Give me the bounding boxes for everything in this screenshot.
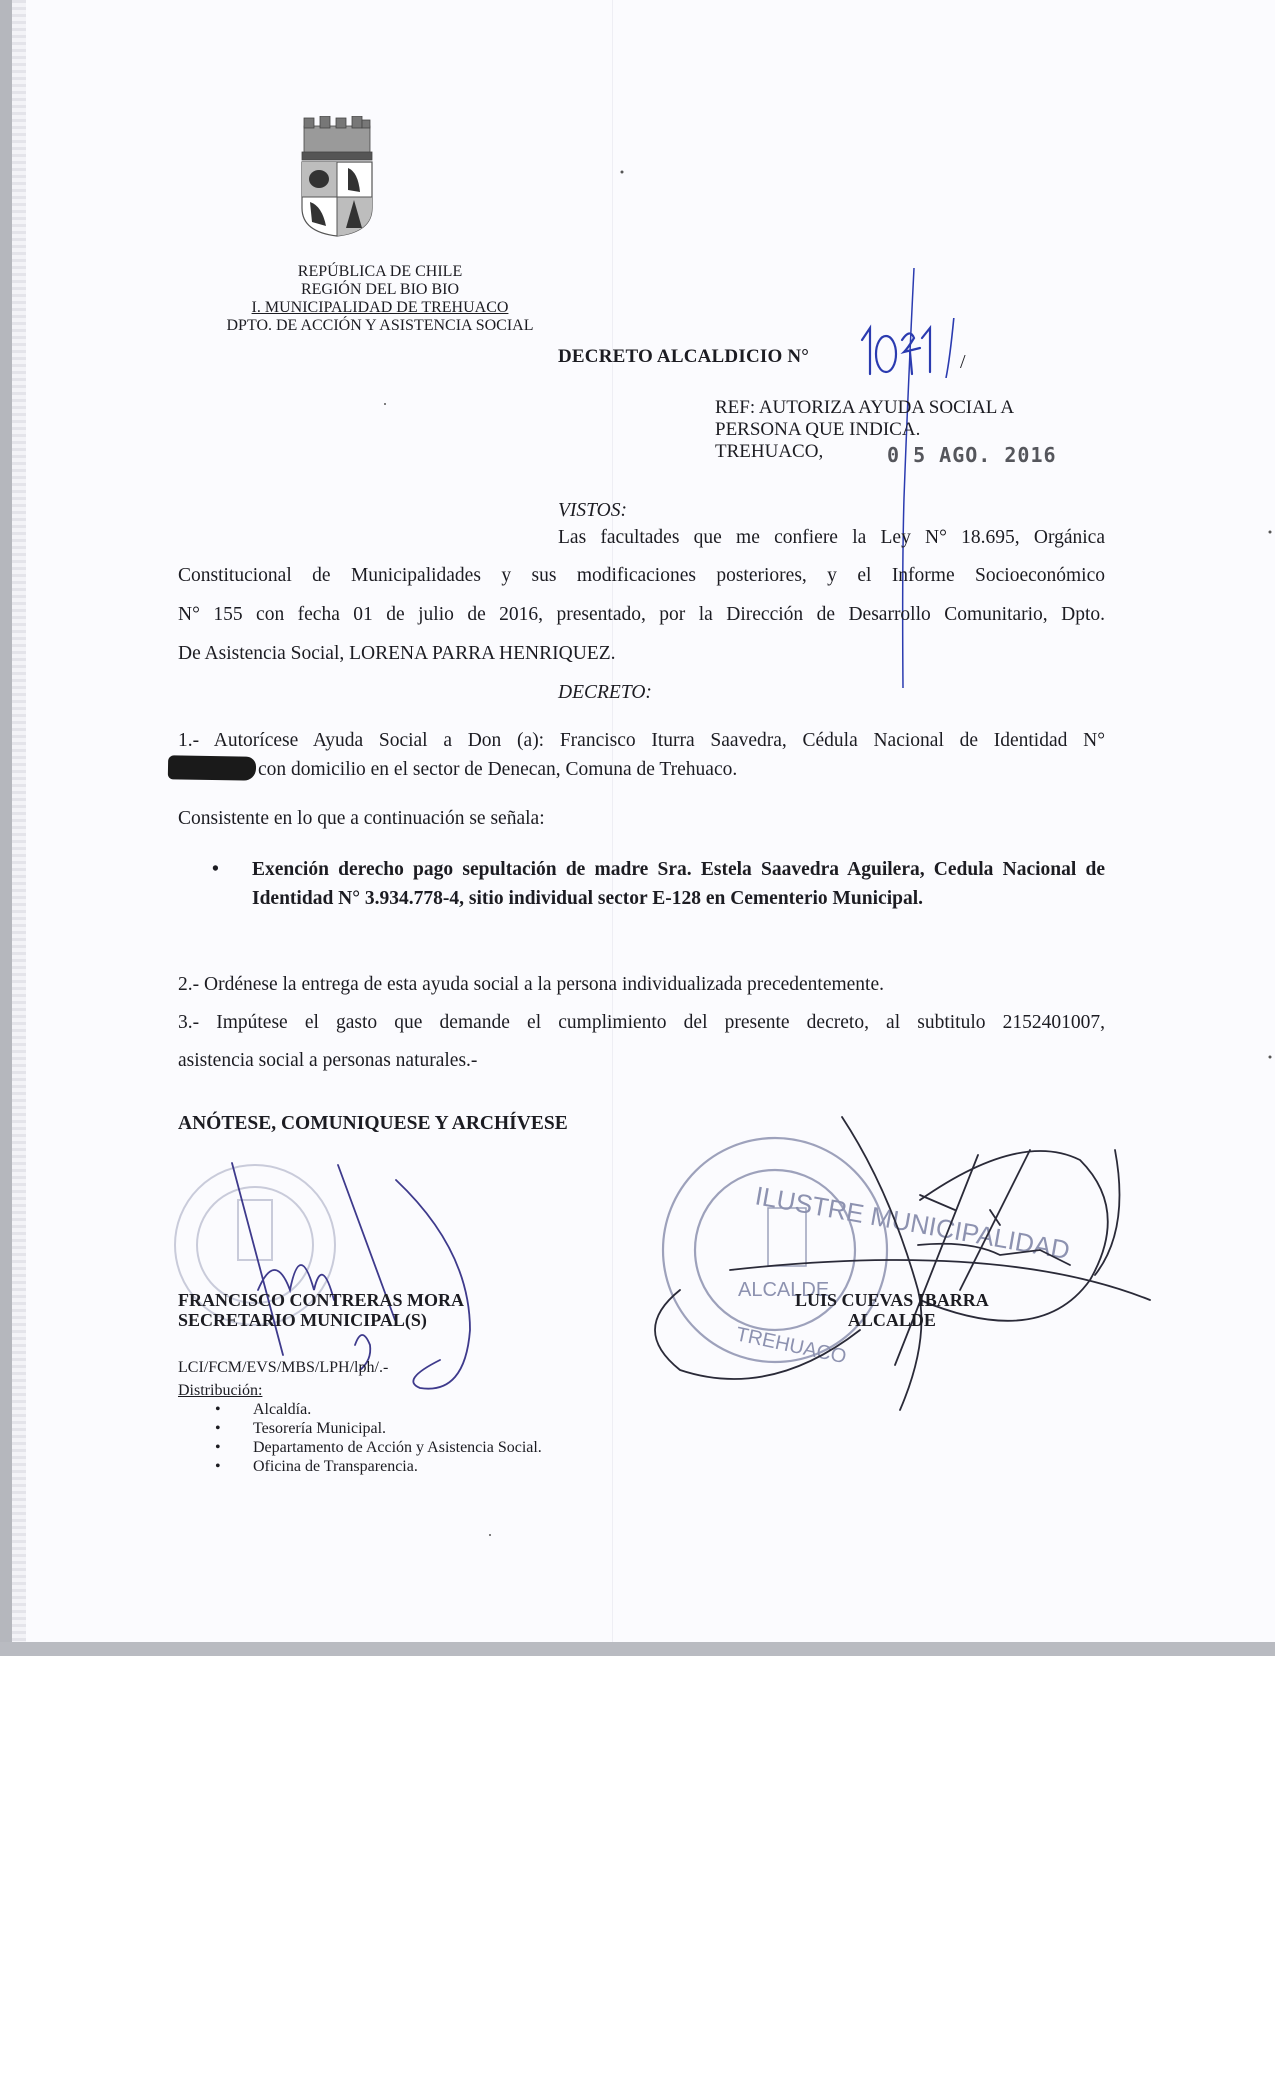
- benefit-text: Exención derecho pago sepultación de mad…: [252, 855, 1105, 913]
- bullet-icon: •: [212, 855, 219, 884]
- date-stamp: 0 5 AGO. 2016: [887, 443, 1057, 467]
- distribution-item: Oficina de Transparencia.: [205, 1457, 542, 1476]
- header-line-municipality: I. MUNICIPALIDAD DE TREHUACO: [240, 299, 520, 317]
- header-line-region: REGIÓN DEL BIO BIO: [240, 281, 520, 299]
- distribution-item: Departamento de Acción y Asistencia Soci…: [205, 1438, 542, 1457]
- vistos-line-2: Constitucional de Municipalidades y sus …: [178, 565, 1105, 587]
- institution-header: REPÚBLICA DE CHILE REGIÓN DEL BIO BIO I.…: [240, 263, 520, 335]
- consistente-line: Consistente en lo que a continuación se …: [178, 808, 545, 830]
- scan-left-border: [0, 0, 12, 1652]
- item3-line-1: 3.- Impútese el gasto que demande el cum…: [178, 1012, 1105, 1034]
- ref-line-1: REF: AUTORIZA AYUDA SOCIAL A: [715, 397, 1014, 419]
- scan-left-noise: [12, 0, 26, 1652]
- vistos-heading: VISTOS:: [558, 500, 627, 522]
- vistos-line-3: N° 155 con fecha 01 de julio de 2016, pr…: [178, 604, 1105, 626]
- vistos-line-4: De Asistencia Social, LORENA PARRA HENRI…: [178, 643, 615, 665]
- page-crease: [612, 0, 613, 1645]
- distribution-list: Alcaldía. Tesorería Municipal. Departame…: [205, 1400, 542, 1476]
- mayor-name: LUIS CUEVAS IBARRA: [795, 1290, 989, 1310]
- mayor-signature-block: LUIS CUEVAS IBARRA ALCALDE: [795, 1290, 989, 1330]
- redaction-mark: [168, 755, 256, 781]
- coat-of-arms-icon: [296, 116, 378, 238]
- vistos-line-1: Las facultades que me confiere la Ley N°…: [558, 527, 1105, 549]
- svg-text:/: /: [960, 351, 966, 373]
- item2-line: 2.- Ordénese la entrega de esta ayuda so…: [178, 974, 884, 996]
- item1-line-2-text: con domicilio en el sector de Denecan, C…: [258, 759, 737, 780]
- item1-line-2: con domicilio en el sector de Denecan, C…: [178, 756, 737, 781]
- decreto-heading: DECRETO:: [558, 682, 652, 704]
- item1-line-1: 1.- Autorícese Ayuda Social a Don (a): F…: [178, 730, 1105, 752]
- distribution-item: Tesorería Municipal.: [205, 1419, 542, 1438]
- secretary-name: FRANCISCO CONTRERAS MORA: [178, 1290, 464, 1310]
- scan-bottom-border: [0, 1642, 1275, 1656]
- mayor-title: ALCALDE: [795, 1310, 989, 1330]
- closing-formula: ANÓTESE, COMUNIQUESE Y ARCHÍVESE: [178, 1113, 568, 1135]
- header-line-department: DPTO. DE ACCIÓN Y ASISTENCIA SOCIAL: [206, 317, 554, 335]
- item3-line-2: asistencia social a personas naturales.-: [178, 1050, 477, 1072]
- secretary-signature-block: FRANCISCO CONTRERAS MORA SECRETARIO MUNI…: [178, 1290, 464, 1330]
- distribution-item: Alcaldía.: [205, 1400, 542, 1419]
- initials-reference: LCI/FCM/EVS/MBS/LPH/lph/.-: [178, 1359, 388, 1377]
- secretary-title: SECRETARIO MUNICIPAL(S): [178, 1310, 464, 1330]
- distribution-heading: Distribución:: [178, 1382, 262, 1400]
- header-line-republic: REPÚBLICA DE CHILE: [240, 263, 520, 281]
- ref-line-2: PERSONA QUE INDICA.: [715, 419, 1014, 441]
- decree-title: DECRETO ALCALDICIO N°: [558, 346, 809, 368]
